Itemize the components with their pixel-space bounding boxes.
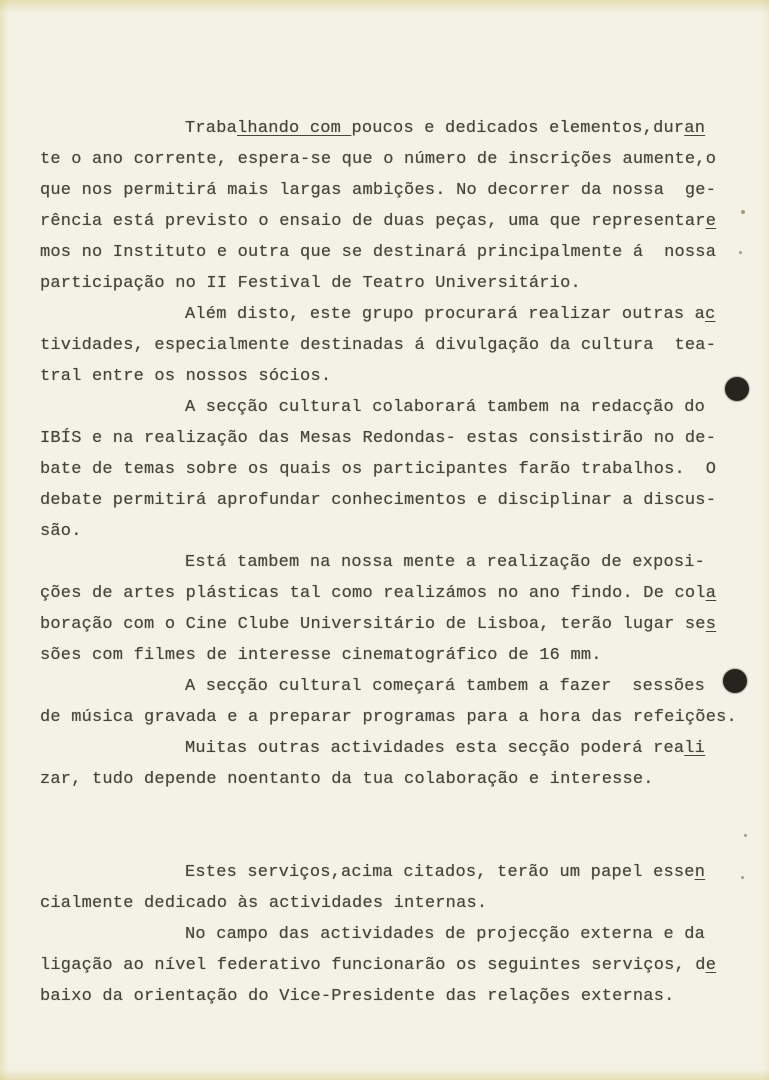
text-run: tral entre os nossos sócios.	[40, 367, 331, 386]
text-line: de música gravada e a preparar programas…	[40, 702, 730, 733]
text-line: sões com filmes de interesse cinematográ…	[40, 640, 730, 671]
text-line: são.	[40, 516, 730, 547]
underlined-text-run: e	[706, 212, 716, 231]
underlined-text-run: e	[706, 956, 716, 975]
underlined-text-run: n	[695, 863, 705, 882]
text-line: rência está previsto o ensaio de duas pe…	[40, 206, 730, 237]
text-line: baixo da orientação do Vice-Presidente d…	[40, 981, 730, 1012]
text-run: Traba	[185, 119, 237, 138]
underlined-text-run: c	[705, 305, 715, 324]
scanned-page: Trabalhando com poucos e dedicados eleme…	[0, 0, 769, 1080]
text-run: debate permitirá aprofundar conhecimento…	[40, 491, 716, 510]
text-line: tral entre os nossos sócios.	[40, 361, 730, 392]
text-run: A secção cultural começará tambem a faze…	[185, 677, 705, 696]
text-line: zar, tudo depende noentanto da tua colab…	[40, 764, 730, 795]
text-run: participação no II Festival de Teatro Un…	[40, 274, 581, 293]
text-run: baixo da orientação do Vice-Presidente d…	[40, 987, 675, 1006]
underlined-text-run: lhando com	[237, 119, 351, 138]
text-run: te o ano corrente, espera-se que o númer…	[40, 150, 716, 169]
paper-speck	[741, 876, 744, 879]
text-run: que nos permitirá mais largas ambições. …	[40, 181, 716, 200]
text-run: boração com o Cine Clube Universitário d…	[40, 615, 706, 634]
text-line: Além disto, este grupo procurará realiza…	[40, 299, 730, 330]
text-line: A secção cultural colaborará tambem na r…	[40, 392, 730, 423]
text-line: participação no II Festival de Teatro Un…	[40, 268, 730, 299]
text-line: Estes serviços,acima citados, terão um p…	[40, 857, 730, 888]
underlined-text-run: a	[706, 584, 716, 603]
text-line: ligação ao nível federativo funcionarão …	[40, 950, 730, 981]
text-run: Muitas outras actividades esta secção po…	[185, 739, 684, 758]
text-line: Muitas outras actividades esta secção po…	[40, 733, 730, 764]
text-line: ções de artes plásticas tal como realizá…	[40, 578, 730, 609]
text-line: tividades, especialmente destinadas á di…	[40, 330, 730, 361]
text-run: rência está previsto o ensaio de duas pe…	[40, 212, 706, 231]
text-line: bate de temas sobre os quais os particip…	[40, 454, 730, 485]
text-line: mos no Instituto e outra que se destinar…	[40, 237, 730, 268]
text-line: No campo das actividades de projecção ex…	[40, 919, 730, 950]
text-run: poucos e dedicados elementos,dur	[351, 119, 684, 138]
text-run: são.	[40, 522, 82, 541]
text-run: tividades, especialmente destinadas á di…	[40, 336, 716, 355]
text-line: cialmente dedicado às actividades intern…	[40, 888, 730, 919]
text-run: No campo das actividades de projecção ex…	[185, 925, 705, 944]
underlined-text-run: s	[706, 615, 716, 634]
text-line: IBÍS e na realização das Mesas Redondas-…	[40, 423, 730, 454]
text-run: ligação ao nível federativo funcionarão …	[40, 956, 706, 975]
paper-speck	[744, 834, 747, 837]
text-line: A secção cultural começará tambem a faze…	[40, 671, 730, 702]
text-line: Está tambem na nossa mente a realização …	[40, 547, 730, 578]
text-run: zar, tudo depende noentanto da tua colab…	[40, 770, 654, 789]
text-run: A secção cultural colaborará tambem na r…	[185, 398, 705, 417]
text-line: que nos permitirá mais largas ambições. …	[40, 175, 730, 206]
punch-hole-top	[725, 377, 749, 401]
text-run: IBÍS e na realização das Mesas Redondas-…	[40, 429, 716, 448]
text-line: te o ano corrente, espera-se que o númer…	[40, 144, 730, 175]
text-run: cialmente dedicado às actividades intern…	[40, 894, 487, 913]
paper-speck	[739, 251, 742, 254]
punch-hole-bottom	[723, 669, 747, 693]
text-run: mos no Instituto e outra que se destinar…	[40, 243, 716, 262]
text-run: Estes serviços,acima citados, terão um p…	[185, 863, 695, 882]
paper-speck	[741, 210, 745, 214]
text-line: debate permitirá aprofundar conhecimento…	[40, 485, 730, 516]
text-run: de música gravada e a preparar programas…	[40, 708, 737, 727]
underlined-text-run: li	[684, 739, 705, 758]
text-run: sões com filmes de interesse cinematográ…	[40, 646, 602, 665]
text-run: Está tambem na nossa mente a realização …	[185, 553, 705, 572]
text-run: bate de temas sobre os quais os particip…	[40, 460, 716, 479]
text-line: Trabalhando com poucos e dedicados eleme…	[40, 113, 730, 144]
underlined-text-run: an	[684, 119, 705, 138]
text-line: boração com o Cine Clube Universitário d…	[40, 609, 730, 640]
typewritten-text-block: Trabalhando com poucos e dedicados eleme…	[40, 113, 730, 1012]
text-run: Além disto, este grupo procurará realiza…	[185, 305, 705, 324]
text-run: ções de artes plásticas tal como realizá…	[40, 584, 706, 603]
